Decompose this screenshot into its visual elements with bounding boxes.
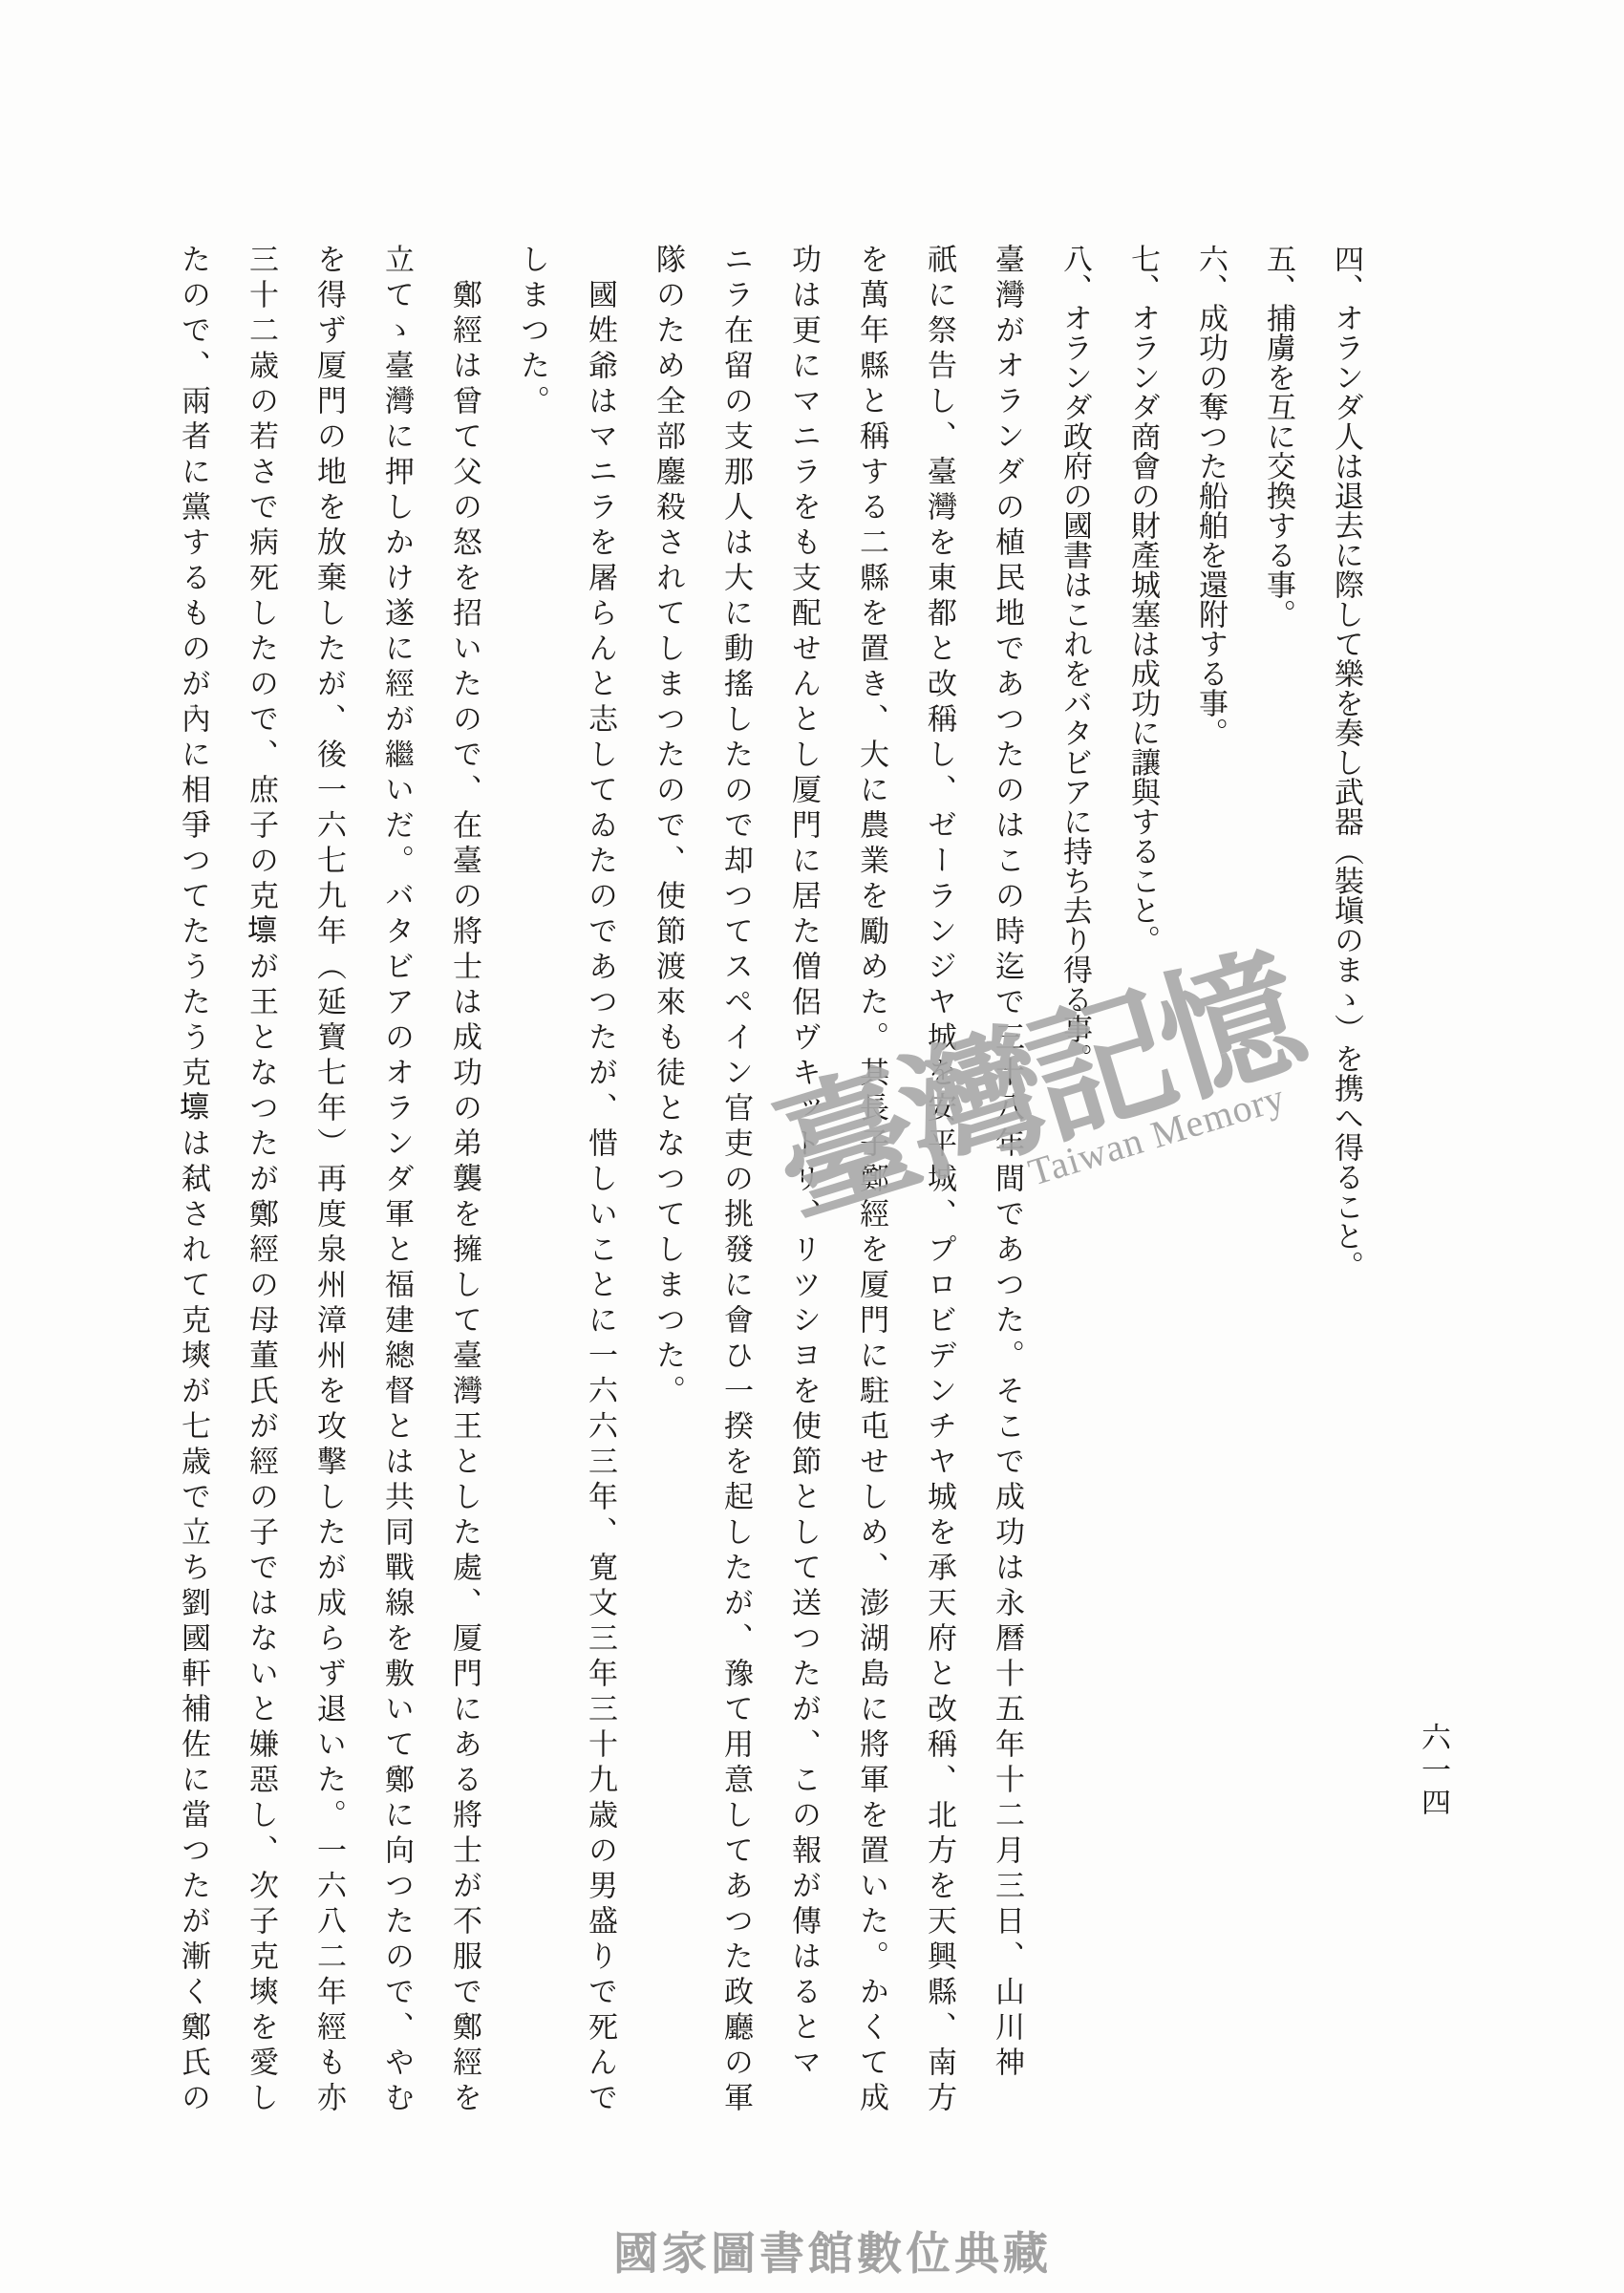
page-number: 六一四 bbox=[1412, 1722, 1455, 1819]
text-column: たので、兩者に黨するものが內に相爭つてたうたう克𡒄は弑されて克塽が七歳で立ち劉國… bbox=[160, 244, 227, 2159]
text-column: 四、オランダ人は退去に際して樂を奏し武器（裝塡のまゝ）を携へ得ること。 bbox=[1313, 244, 1380, 2159]
text-column: 三十二歳の若さで病死したので、庶子の克𡒄が王となつたが鄭經の母董氏が經の子ではな… bbox=[227, 244, 295, 2159]
text-column: 八、オランダ政府の國書はこれをバタビアに持ち去り得る事。 bbox=[1041, 244, 1109, 2159]
text-column: 五、捕虜を互に交換する事。 bbox=[1245, 244, 1313, 2159]
text-column: 國姓爺はマニラを屠らんと志してゐたのであつたが、惜しいことに一六六三年、寛文三年… bbox=[566, 244, 634, 2159]
text-column: 六、成功の奪つた船舶を還附する事。 bbox=[1177, 244, 1245, 2159]
text-column: 隊のため全部鏖殺されてしまつたので、使節渡來も徒となつてしまつた。 bbox=[634, 244, 702, 2159]
scanned-book-page: 四、オランダ人は退去に際して樂を奏し武器（裝塡のまゝ）を携へ得ること。 五、捕虜… bbox=[0, 0, 1624, 2293]
text-column: ニラ在留の支那人は大に動搖したので却つてスペイン官吏の挑發に會ひ一揆を起したが、… bbox=[702, 244, 770, 2159]
text-block: 四、オランダ人は退去に際して樂を奏し武器（裝塡のまゝ）を携へ得ること。 五、捕虜… bbox=[160, 244, 1380, 2164]
text-column: 七、オランダ商會の財產城塞は成功に讓與すること。 bbox=[1109, 244, 1177, 2159]
text-column: しまつた。 bbox=[499, 244, 566, 2159]
text-column: を萬年縣と稱する二縣を置き、大に農業を勵めた。其長子鄭經を厦門に駐屯せしめ、澎湖… bbox=[838, 244, 906, 2159]
text-column: 祇に祭告し、臺灣を東都と改稱し、ゼーランジヤ城を安平城、プロビデンチヤ城を承天府… bbox=[906, 244, 973, 2159]
text-column: 立てゝ臺灣に押しかけ遂に經が繼いだ。バタビアのオランダ軍と福建總督とは共同戰線を… bbox=[363, 244, 431, 2159]
text-column: 鄭經は曾て父の怒を招いたので、在臺の將士は成功の弟襲を擁して臺灣王とした處、厦門… bbox=[431, 244, 499, 2159]
text-column: 功は更にマニラをも支配せんとし厦門に居た僧侶ヴキットリ、リツシヨを使節として送つ… bbox=[770, 244, 838, 2159]
footer-caption: 國家圖書館數位典藏 bbox=[613, 2218, 1052, 2282]
text-column: を得ず厦門の地を放棄したが、後一六七九年（延寶七年）再度泉州漳州を攻擊したが成ら… bbox=[295, 244, 363, 2159]
text-column: 臺灣がオランダの植民地であつたのはこの時迄で三十八年間であつた。そこで成功は永曆… bbox=[973, 244, 1041, 2159]
